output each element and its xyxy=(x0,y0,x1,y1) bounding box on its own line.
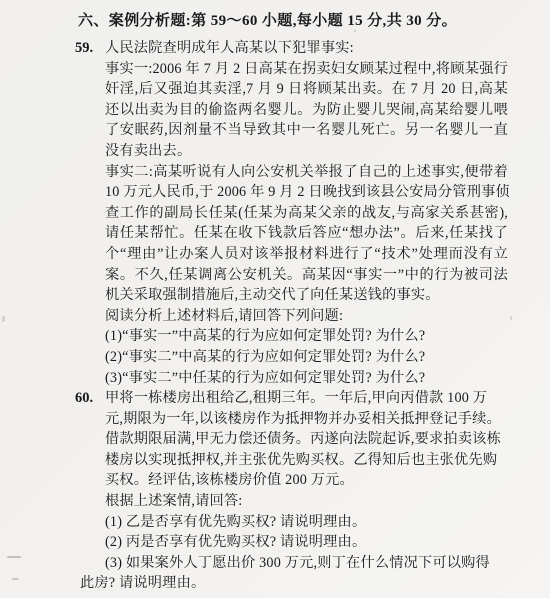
text-line-content: 甲将一栋楼房出租给乙,租期三年。一年后,甲向丙借款 100 万 xyxy=(105,388,476,409)
text-line-content: 此房? 请说明理由。 xyxy=(80,575,205,591)
text-line: 买权。经评估,该栋楼房价值 200 万元。 xyxy=(0,470,550,491)
question-60: 60. 甲将一栋楼房出租给乙,租期三年。一年后,甲向丙借款 100 万 元,期限… xyxy=(0,388,550,594)
text-line: 请任某帮忙。任某在收下钱款后答应“想办法”。后来,任某找了 xyxy=(0,223,550,244)
sub-question-line: (3) 如果案外人丁愿出价 300 万元,则丁在什么情况下可以购得 xyxy=(0,553,550,574)
sub-question-line: (2)“事实二”中高某的行为应如何定罪处罚? 为什么? xyxy=(0,347,550,368)
text-line-content: (3)“事实二”中任某的行为应如何定罪处罚? 为什么? xyxy=(105,370,425,386)
text-line-content: 阅读分析上述材料后,请回答下列问题: xyxy=(105,308,343,324)
scan-artifact xyxy=(7,556,21,558)
text-line-content: 根据上述案情,请回答: xyxy=(105,493,242,509)
text-line-content: 借款期限届满,甲无力偿还债务。丙遂向法院起诉,要求拍卖该栋 xyxy=(105,429,476,450)
text-line-content: 10 万元人民币,于 2006 年 9 月 2 日晚找到该县公安局分管刑事侦 xyxy=(105,182,508,203)
text-line-content: 案。不久,任某调离公安机关。高某因“事实一”中的行为被司法 xyxy=(105,265,508,286)
question-59: 59. 人民法院查明成年人高某以下犯罪事实: 事实一:2006 年 7 月 2 … xyxy=(0,38,550,388)
scan-artifact xyxy=(510,316,512,320)
text-line: 根据上述案情,请回答: xyxy=(0,491,550,512)
sub-question-line: (1) 乙是否享有优先购买权? 请说明理由。 xyxy=(0,512,550,533)
text-line: 阅读分析上述材料后,请回答下列问题: xyxy=(0,306,550,327)
exam-page: 六、案例分析题:第 59～60 小题,每小题 15 分,共 30 分。 59. … xyxy=(0,0,550,598)
text-line-content: 元,期限为一年,以该楼房作为抵押物并办妥相关抵押登记手续。 xyxy=(105,409,476,430)
scan-artifact xyxy=(2,316,5,322)
text-line-content: 事实二:高某听说有人向公安机关举报了自己的上述事实,便带着 xyxy=(105,162,508,183)
text-line-content: (2) 丙是否享有优先购买权? 请说明理由。 xyxy=(105,534,366,550)
scan-artifact xyxy=(354,30,356,32)
text-line: 事实二:高某听说有人向公安机关举报了自己的上述事实,便带着 xyxy=(0,162,550,183)
text-line-content: 还以出卖为目的偷盗两名婴儿。为防止婴儿哭闹,高某给婴儿喂 xyxy=(105,100,508,121)
text-line: 60. 甲将一栋楼房出租给乙,租期三年。一年后,甲向丙借款 100 万 xyxy=(0,388,550,409)
text-line: 奸淫,后又强迫其卖淫,7 月 9 日将顾某出卖。在 7 月 20 日,高某 xyxy=(0,79,550,100)
text-line-content: (3) 如果案外人丁愿出价 300 万元,则丁在什么情况下可以购得 xyxy=(105,555,490,571)
text-line: 没有卖出去。 xyxy=(0,141,550,162)
text-line: 机关采取强制措施后,主动交代了向任某送钱的事实。 xyxy=(0,285,550,306)
text-line: 元,期限为一年,以该楼房作为抵押物并办妥相关抵押登记手续。 xyxy=(0,409,550,430)
sub-question-line: (2) 丙是否享有优先购买权? 请说明理由。 xyxy=(0,532,550,553)
text-line: 查工作的副局长任某(任某为高某父亲的战友,与高家关系甚密), xyxy=(0,203,550,224)
text-line: 了安眠药,因剂量不当导致其中一名婴儿死亡。另一名婴儿一直 xyxy=(0,120,550,141)
text-line-content: 机关采取强制措施后,主动交代了向任某送钱的事实。 xyxy=(105,287,440,303)
text-line-content: 查工作的副局长任某(任某为高某父亲的战友,与高家关系甚密), xyxy=(105,203,508,224)
text-line: 还以出卖为目的偷盗两名婴儿。为防止婴儿哭闹,高某给婴儿喂 xyxy=(0,100,550,121)
text-line-content: 事实一:2006 年 7 月 2 日高某在拐卖妇女顾某过程中,将顾某强行 xyxy=(105,59,508,80)
sub-question-line: (1)“事实一”中高某的行为应如何定罪处罚? 为什么? xyxy=(0,326,550,347)
text-line: 案。不久,任某调离公安机关。高某因“事实一”中的行为被司法 xyxy=(0,265,550,286)
text-line-content: 楼房以实现抵押权,并主张优先购买权。乙得知后也主张优先购 xyxy=(105,450,476,471)
text-line-content: (1)“事实一”中高某的行为应如何定罪处罚? 为什么? xyxy=(105,328,425,344)
text-line: 10 万元人民币,于 2006 年 9 月 2 日晚找到该县公安局分管刑事侦 xyxy=(0,182,550,203)
text-line: 此房? 请说明理由。 xyxy=(0,573,550,594)
text-line-content: 奸淫,后又强迫其卖淫,7 月 9 日将顾某出卖。在 7 月 20 日,高某 xyxy=(105,79,508,100)
sub-question-line: (3)“事实二”中任某的行为应如何定罪处罚? 为什么? xyxy=(0,368,550,389)
text-line: 个“理由”让办案人员对该举报材料进行了“技术”处理而没有立 xyxy=(0,244,550,265)
item-number-60: 60. xyxy=(75,388,93,409)
text-line-content: 没有卖出去。 xyxy=(105,143,191,159)
text-line-content: 买权。经评估,该栋楼房价值 200 万元。 xyxy=(105,472,354,488)
text-line: 事实一:2006 年 7 月 2 日高某在拐卖妇女顾某过程中,将顾某强行 xyxy=(0,59,550,80)
text-line-content: (1) 乙是否享有优先购买权? 请说明理由。 xyxy=(105,514,366,530)
text-line-content: 请任某帮忙。任某在收下钱款后答应“想办法”。后来,任某找了 xyxy=(105,223,508,244)
text-line-content: 人民法院查明成年人高某以下犯罪事实: xyxy=(105,40,354,56)
section-header: 六、案例分析题:第 59～60 小题,每小题 15 分,共 30 分。 xyxy=(0,0,550,32)
text-line-content: 个“理由”让办案人员对该举报材料进行了“技术”处理而没有立 xyxy=(105,244,508,265)
item-number-59: 59. xyxy=(75,38,93,59)
text-line-content: 了安眠药,因剂量不当导致其中一名婴儿死亡。另一名婴儿一直 xyxy=(105,120,508,141)
text-line: 楼房以实现抵押权,并主张优先购买权。乙得知后也主张优先购 xyxy=(0,450,550,471)
text-line: 借款期限届满,甲无力偿还债务。丙遂向法院起诉,要求拍卖该栋 xyxy=(0,429,550,450)
text-line-content: (2)“事实二”中高某的行为应如何定罪处罚? 为什么? xyxy=(105,349,425,365)
text-line: 59. 人民法院查明成年人高某以下犯罪事实: xyxy=(0,38,550,59)
scan-artifact xyxy=(12,578,19,580)
